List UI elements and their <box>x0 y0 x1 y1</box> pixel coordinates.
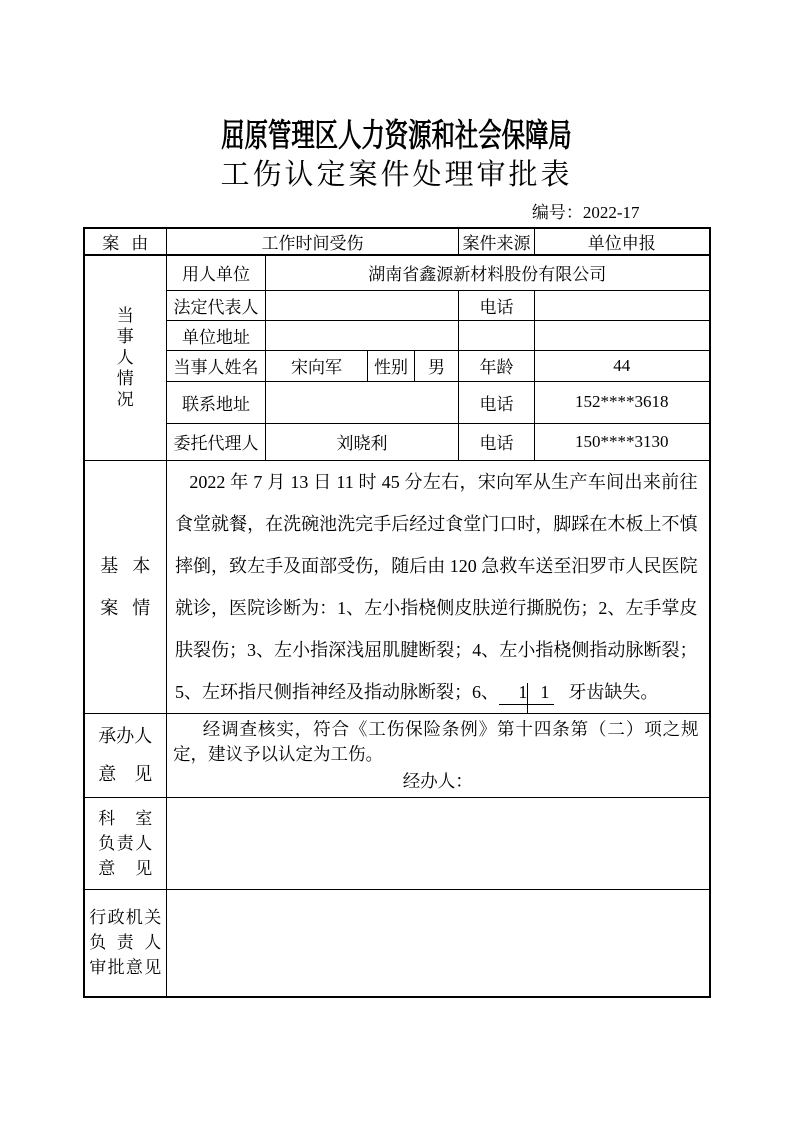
handler-opinion-content-cell: 经调查核实，符合《工伤保险条例》第十四条第（二）项之规定，建议予以认定为工伤。 … <box>167 713 710 797</box>
dental-divider-line <box>527 683 529 713</box>
handler-opinion-label-line1: 承办人 <box>98 717 152 755</box>
row-company-address: 单位地址 <box>84 320 710 350</box>
row-contact-address: 联系地址 电话 152****3618 <box>84 381 710 423</box>
handler-opinion-text: 经调查核实，符合《工伤保险条例》第十四条第（二）项之规定，建议予以认定为工伤。 <box>169 717 707 767</box>
party-info-section-label-cell: 当事人情况 <box>84 255 167 460</box>
case-source-value-cell: 单位申报 <box>535 228 710 255</box>
basic-case-label-cell: 基本 案情 <box>84 460 167 713</box>
case-text-before: 2022 年 7 月 13 日 11 时 45 分左右，宋向军从生产车间出来前往… <box>175 472 698 702</box>
doc-number-value: 2022-17 <box>583 203 640 222</box>
doc-number-label: 编号： <box>532 203 583 222</box>
company-address-label-cell: 单位地址 <box>167 320 266 350</box>
handler-opinion-label-cell: 承办人 意见 <box>84 713 167 797</box>
legal-rep-phone-value-cell <box>535 290 710 320</box>
admin-label-line3: 审批意见 <box>89 955 161 980</box>
age-label-cell: 年龄 <box>459 350 535 381</box>
admin-opinion-content-cell <box>167 889 710 997</box>
row-handler-opinion: 承办人 意见 经调查核实，符合《工伤保险条例》第十四条第（二）项之规定，建议予以… <box>84 713 710 797</box>
document-page: 屈原管理区人力资源和社会保障局 工伤认定案件处理审批表 编号：2022-17 案… <box>0 0 793 1122</box>
party-name-label-cell: 当事人姓名 <box>167 350 266 381</box>
admin-label-line1: 行政机关 <box>89 905 161 930</box>
row-agent: 委托代理人 刘晓利 电话 150****3130 <box>84 423 710 460</box>
row-employer: 当事人情况 用人单位 湖南省鑫源新材料股份有限公司 <box>84 255 710 290</box>
dept-head-label-line1: 科室 <box>98 806 152 831</box>
case-source-label-cell: 案件来源 <box>459 228 535 255</box>
case-description: 2022 年 7 月 13 日 11 时 45 分左右，宋向军从生产车间出来前往… <box>169 461 707 713</box>
basic-case-content-cell: 2022 年 7 月 13 日 11 时 45 分左右，宋向军从生产车间出来前往… <box>167 460 710 713</box>
dental-notation: 11 <box>499 682 554 705</box>
agent-phone-value-cell: 150****3130 <box>535 423 710 460</box>
agency-title: 屈原管理区人力资源和社会保障局 <box>107 118 686 152</box>
gender-label-cell: 性别 <box>368 350 415 381</box>
row-basic-case: 基本 案情 2022 年 7 月 13 日 11 时 45 分左右，宋向军从生产… <box>84 460 710 713</box>
contact-address-value-cell <box>266 381 459 423</box>
row-dept-head-opinion: 科室 负责人 意见 <box>84 797 710 889</box>
basic-case-label-line2: 案情 <box>100 587 150 629</box>
form-title: 工伤认定案件处理审批表 <box>0 159 793 191</box>
contact-phone-label-cell: 电话 <box>459 381 535 423</box>
approval-form-table: 案由 工作时间受伤 案件来源 单位申报 当事人情况 用人单位 湖南省鑫源新材料股… <box>83 227 711 998</box>
agent-phone-label-cell: 电话 <box>459 423 535 460</box>
basic-case-label-line1: 基本 <box>100 545 150 587</box>
party-info-section-label: 当事人情况 <box>116 305 135 410</box>
case-cause-value-cell: 工作时间受伤 <box>167 228 459 255</box>
employer-label-cell: 用人单位 <box>167 255 266 290</box>
case-text-after: 牙齿缺失。 <box>568 682 658 702</box>
legal-rep-phone-label-cell: 电话 <box>459 290 535 320</box>
company-address-extra-cell-2 <box>535 320 710 350</box>
employer-value-cell: 湖南省鑫源新材料股份有限公司 <box>266 255 710 290</box>
handler-signer-label: 经办人： <box>169 769 707 794</box>
case-cause-label: 案由 <box>102 229 148 254</box>
row-party-name: 当事人姓名 宋向军 性别 男 年龄 44 <box>84 350 710 381</box>
dept-head-opinion-content-cell <box>167 797 710 889</box>
doc-number-line: 编号：2022-17 <box>84 203 710 223</box>
dental-right-digit: 1 <box>540 682 549 702</box>
handler-opinion-label-line2: 意见 <box>98 755 152 793</box>
contact-address-label-cell: 联系地址 <box>167 381 266 423</box>
dept-head-label-line2: 负责人 <box>98 831 152 856</box>
legal-rep-label-cell: 法定代表人 <box>167 290 266 320</box>
party-name-value-cell: 宋向军 <box>266 350 368 381</box>
agent-label-cell: 委托代理人 <box>167 423 266 460</box>
row-legal-rep: 法定代表人 电话 <box>84 290 710 320</box>
contact-phone-value-cell: 152****3618 <box>535 381 710 423</box>
company-address-value-cell <box>266 320 459 350</box>
dept-head-opinion-label-cell: 科室 负责人 意见 <box>84 797 167 889</box>
gender-value-cell: 男 <box>415 350 459 381</box>
age-value-cell: 44 <box>535 350 710 381</box>
admin-opinion-label-cell: 行政机关 负责人 审批意见 <box>84 889 167 997</box>
legal-rep-value-cell <box>266 290 459 320</box>
row-case-cause: 案由 工作时间受伤 案件来源 单位申报 <box>84 228 710 255</box>
agent-value-cell: 刘晓利 <box>266 423 459 460</box>
admin-label-line2: 负责人 <box>89 930 161 955</box>
company-address-extra-cell-1 <box>459 320 535 350</box>
case-cause-label-cell: 案由 <box>84 228 167 255</box>
dept-head-label-line3: 意见 <box>98 856 152 881</box>
row-admin-opinion: 行政机关 负责人 审批意见 <box>84 889 710 997</box>
